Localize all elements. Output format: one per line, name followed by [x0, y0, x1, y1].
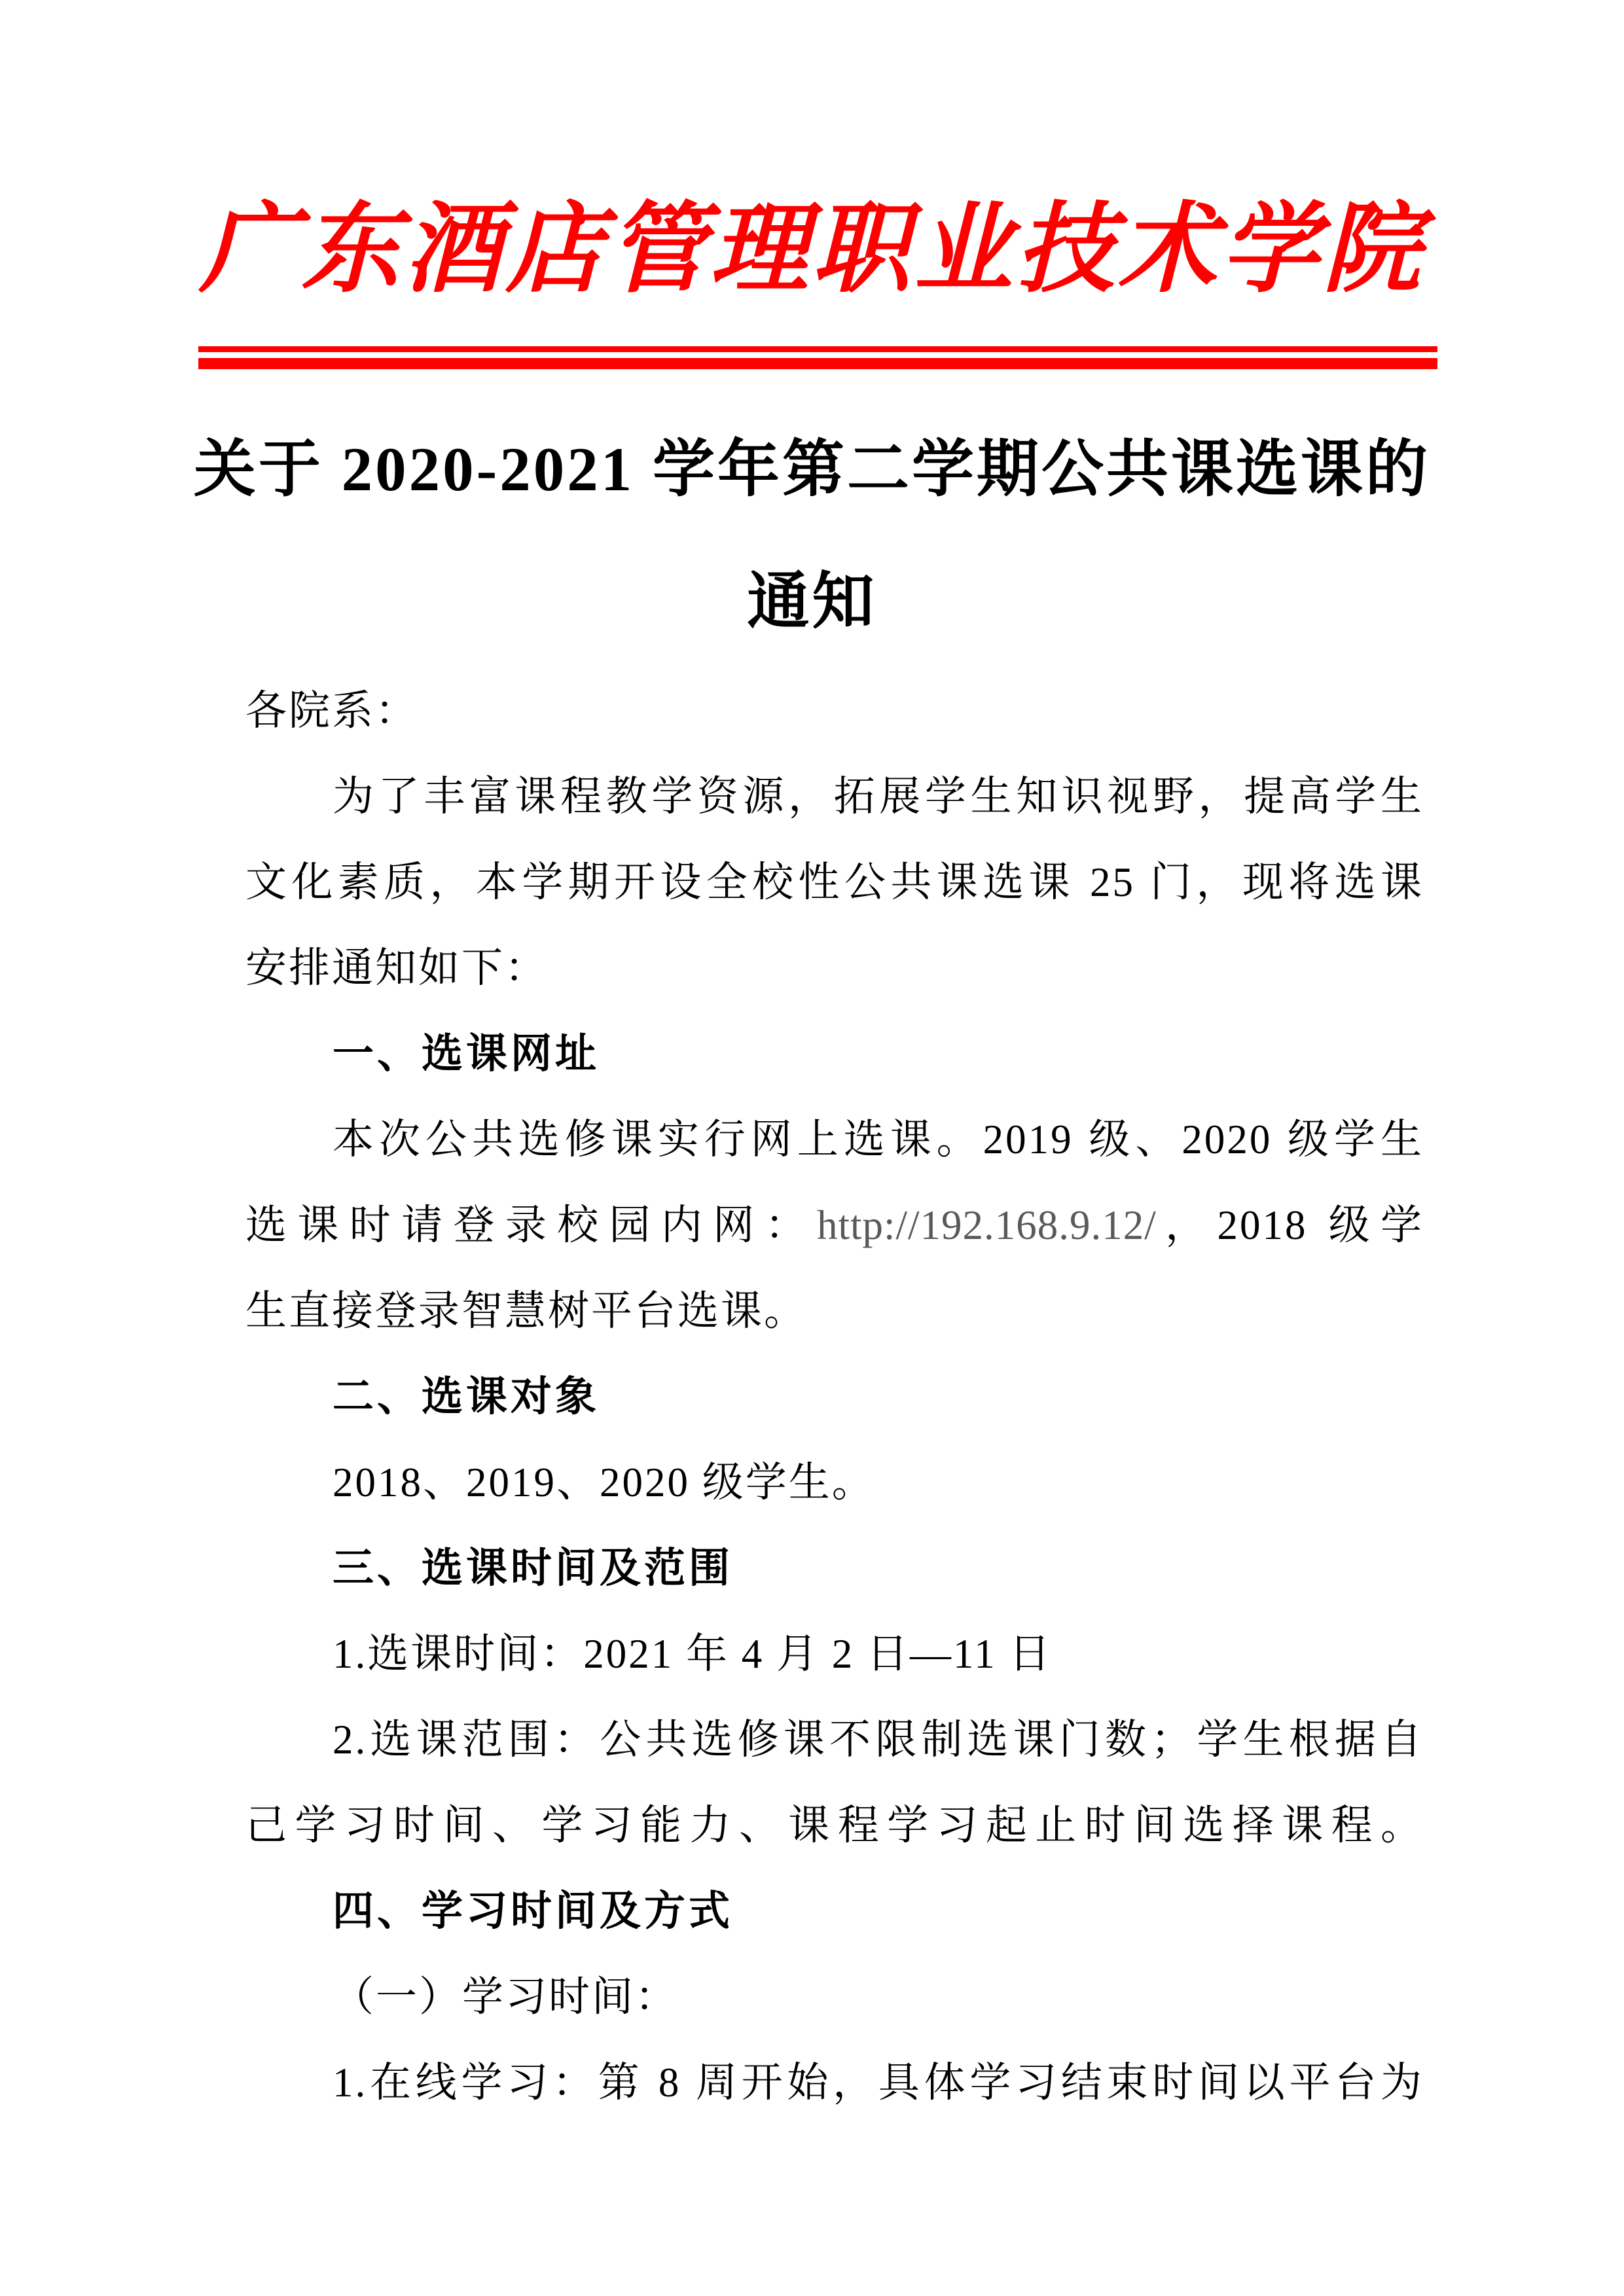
paragraph-line: 己学习时间、学习能力、课程学习起止时间选择课程。 — [245, 1783, 1424, 1869]
paragraph-line-with-url: 选课时请登录校园内网：http://192.168.9.12/，2018 级学 — [245, 1183, 1424, 1268]
paragraph-line: 1.在线学习：第 8 周开始，具体学习结束时间以平台为 — [245, 2040, 1424, 2126]
section-heading-1: 一、选课网址 — [245, 1011, 1424, 1097]
section-heading-4: 四、学习时间及方式 — [245, 1869, 1424, 1954]
paragraph-line: 为了丰富课程教学资源，拓展学生知识视野，提高学生 — [245, 754, 1424, 840]
intranet-url: http://192.168.9.12/ — [817, 1202, 1157, 1248]
paragraph-line: 2018、2019、2020 级学生。 — [245, 1440, 1424, 1526]
section-heading-2: 二、选课对象 — [245, 1354, 1424, 1440]
document-title: 关于 2020-2021 学年第二学期公共课选课的 通知 — [0, 403, 1624, 668]
document-page: 广东酒店管理职业技术学院 关于 2020-2021 学年第二学期公共课选课的 通… — [0, 0, 1624, 2296]
url-line-prefix: 选课时请登录校园内网： — [245, 1202, 817, 1248]
document-title-line2: 通知 — [0, 535, 1624, 668]
header-rule-thick — [198, 358, 1437, 369]
document-body: 各院系： 为了丰富课程教学资源，拓展学生知识视野，提高学生 文化素质，本学期开设… — [245, 668, 1424, 2126]
section-heading-3: 三、选课时间及范围 — [245, 1526, 1424, 1611]
paragraph-line: 安排通知如下： — [245, 925, 1424, 1011]
paragraph-line: 本次公共选修课实行网上选课。2019 级、2020 级学生 — [245, 1097, 1424, 1183]
salutation-line: 各院系： — [245, 668, 1424, 754]
header-rule-thin — [198, 346, 1437, 352]
document-title-line1: 关于 2020-2021 学年第二学期公共课选课的 — [0, 403, 1624, 535]
list-item-2: 2.选课范围：公共选修课不限制选课门数；学生根据自 — [245, 1697, 1424, 1783]
url-line-suffix: ，2018 级学 — [1157, 1202, 1424, 1248]
paragraph-line: 生直接登录智慧树平台选课。 — [245, 1268, 1424, 1354]
list-item-1: 1.选课时间：2021 年 4 月 2 日—11 日 — [245, 1611, 1424, 1697]
subsection-heading: （一）学习时间： — [245, 1954, 1424, 2040]
paragraph-line: 文化素质，本学期开设全校性公共课选课 25 门，现将选课 — [245, 840, 1424, 925]
school-name-header: 广东酒店管理职业技术学院 — [0, 196, 1624, 304]
